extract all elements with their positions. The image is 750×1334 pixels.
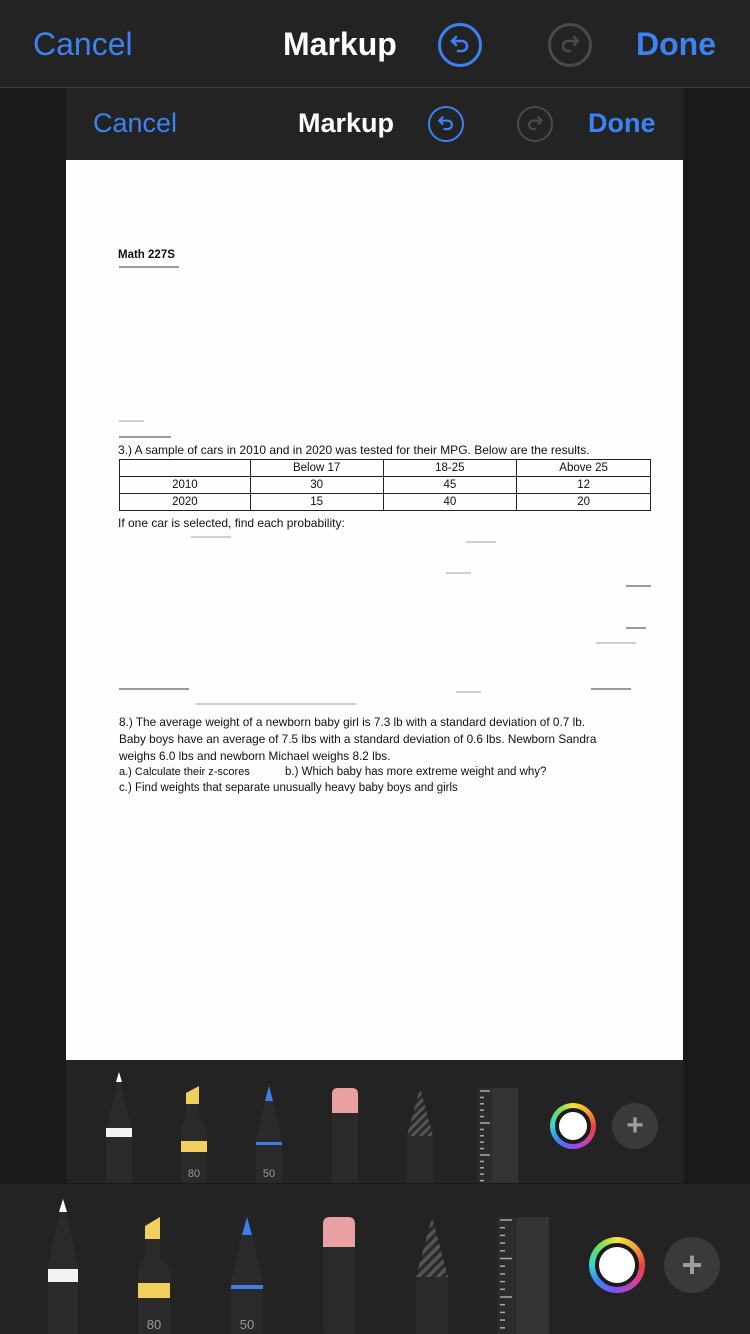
redacted-line (626, 627, 646, 629)
inner-highlighter-tool[interactable]: 80 (179, 1086, 209, 1183)
redacted-line (119, 436, 171, 438)
table-row: 2020 15 40 20 (120, 494, 651, 511)
redacted-line (456, 691, 481, 693)
tool-palette: 80 50 + (0, 1184, 750, 1334)
outer-nav-bar: Cancel Markup Done (0, 0, 750, 88)
inner-done-button[interactable]: Done (588, 108, 656, 139)
inner-lasso-tool[interactable] (407, 1088, 433, 1183)
inner-cancel-button[interactable]: Cancel (93, 108, 177, 139)
redacted-line (626, 585, 651, 587)
redacted-line (591, 688, 631, 690)
question-3-followup: If one car is selected, find each probab… (118, 516, 345, 530)
add-tool-button[interactable]: + (664, 1237, 720, 1293)
done-button[interactable]: Done (636, 26, 716, 63)
question-3-prompt: 3.) A sample of cars in 2010 and in 2020… (118, 443, 590, 457)
redacted-line (446, 572, 471, 574)
inner-ruler-tool[interactable] (478, 1088, 518, 1183)
undo-icon[interactable] (438, 23, 482, 67)
document-page[interactable]: Math 227S 3.) A sample of cars in 2010 a… (66, 160, 683, 1060)
question-8-line3: weighs 6.0 lbs and newborn Michael weigh… (119, 749, 390, 763)
inner-pen-tool[interactable] (104, 1070, 134, 1183)
inner-pencil-tool[interactable]: 50 (254, 1086, 284, 1183)
redacted-line (196, 703, 356, 705)
cancel-button[interactable]: Cancel (33, 26, 133, 63)
eraser-tool[interactable] (323, 1217, 355, 1334)
color-picker[interactable] (550, 1103, 596, 1149)
pencil-tool[interactable]: 50 (229, 1217, 265, 1334)
course-header: Math 227S (118, 249, 175, 261)
table-row: 2010 30 45 12 (120, 477, 651, 494)
embedded-screenshot: Cancel Markup Done Math 227S 3.) A sampl… (66, 88, 684, 1183)
question-8-part-c: c.) Find weights that separate unusually… (119, 782, 458, 794)
inner-tool-palette: 80 50 (66, 1060, 684, 1183)
redacted-line (191, 536, 231, 538)
redacted-line (119, 688, 189, 690)
inner-nav-bar: Cancel Markup Done (66, 88, 684, 160)
inner-undo-icon[interactable] (428, 106, 464, 142)
redacted-line (466, 541, 496, 543)
ruler-tool[interactable] (497, 1217, 549, 1334)
inner-eraser-tool[interactable] (332, 1088, 358, 1183)
redacted-line (119, 420, 144, 422)
redacted-line (596, 642, 636, 644)
lasso-tool[interactable] (416, 1217, 448, 1334)
color-picker[interactable] (589, 1237, 645, 1293)
redacted-line (119, 266, 179, 268)
question-8-part-a: a.) Calculate their z-scores (119, 766, 250, 778)
inner-markup-title: Markup (298, 108, 394, 139)
question-8-part-b: b.) Which baby has more extreme weight a… (285, 766, 546, 778)
table-header-row: Below 17 18-25 Above 25 (120, 460, 651, 477)
redo-icon[interactable] (548, 23, 592, 67)
question-8-line2: Baby boys have an average of 7.5 lbs wit… (119, 732, 596, 746)
inner-redo-icon[interactable] (517, 106, 553, 142)
highlighter-tool[interactable]: 80 (136, 1217, 172, 1334)
pen-tool[interactable] (46, 1197, 80, 1334)
markup-title: Markup (283, 26, 397, 63)
mpg-table: Below 17 18-25 Above 25 2010 30 45 12 20… (119, 459, 651, 511)
question-8-line1: 8.) The average weight of a newborn baby… (119, 715, 585, 729)
add-tool-button[interactable]: + (612, 1103, 658, 1149)
